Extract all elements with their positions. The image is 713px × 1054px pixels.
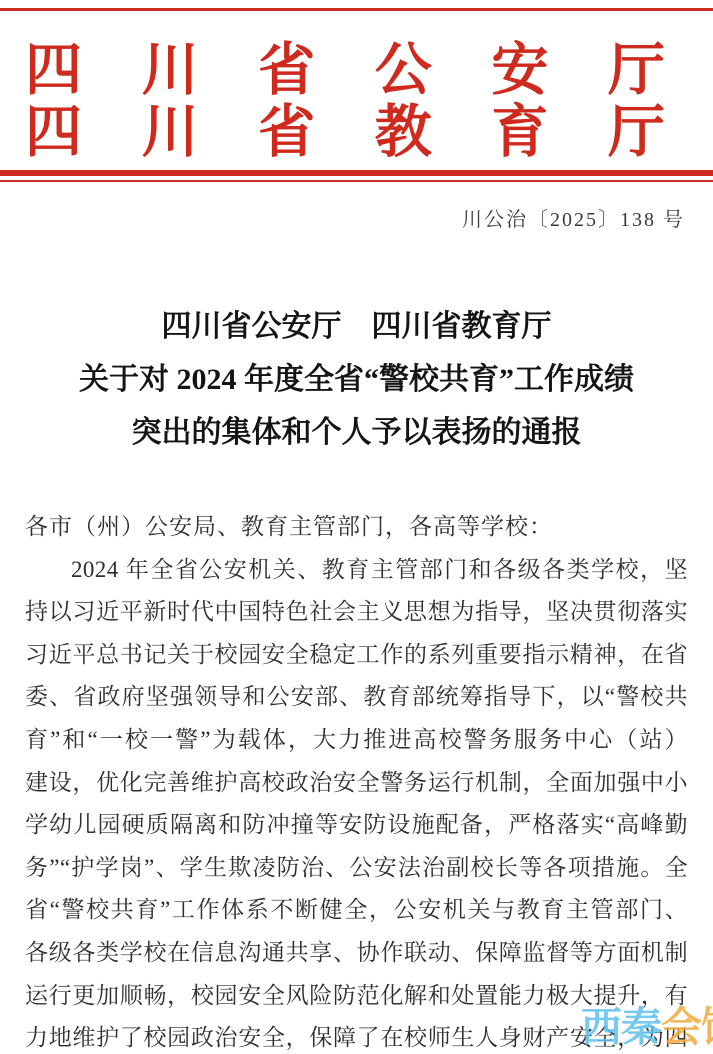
header-char: 川 — [142, 42, 199, 99]
header-char: 安 — [491, 42, 548, 99]
title-line-2: 关于对 2024 年度全省“警校共育”工作成绩 — [0, 353, 713, 406]
body-line: 省“警校共育”工作体系不断健全，公安机关与教育主管部门、 — [25, 889, 688, 932]
header-char: 四 — [25, 42, 82, 99]
body-line: 各市（州）公安局、教育主管部门，各高等学校： — [25, 506, 688, 549]
title-line-3: 突出的集体和个人予以表扬的通报 — [0, 406, 713, 459]
body-line: 各级各类学校在信息沟通共享、协作联动、保障监督等方面机制 — [25, 932, 688, 975]
header-line-2: 四川省教育厅 — [25, 104, 665, 161]
document-number: 川公治〔2025〕138 号 — [462, 203, 685, 232]
header-char: 厅 — [608, 104, 665, 161]
document-body: 各市（州）公安局、教育主管部门，各高等学校：2024 年全省公安机关、教育主管部… — [25, 506, 688, 1054]
header-char: 川 — [142, 104, 199, 161]
header-char: 四 — [25, 104, 82, 161]
header-char: 厅 — [608, 42, 665, 99]
header-char: 公 — [375, 42, 432, 99]
header-line-1: 四川省公安厅 — [25, 42, 665, 99]
body-line: 学幼儿园硬质隔离和防冲撞等安防设施配备，严格落实“高峰勤 — [25, 804, 688, 847]
body-line: 务”“护学岗”、学生欺凌防治、公安法治副校长等各项措施。全 — [25, 847, 688, 890]
body-line: 习近平总书记关于校园安全稳定工作的系列重要指示精神，在省 — [25, 634, 688, 677]
header-separator-thick-line — [0, 170, 713, 176]
site-watermark: 西秦会馆 — [581, 1005, 713, 1050]
watermark-text-blue: 西秦 — [581, 1004, 661, 1050]
header-char: 教 — [375, 104, 432, 161]
body-line: 建设，优化完善维护高校政治安全警务运行机制，全面加强中小 — [25, 762, 688, 805]
body-line: 持以习近平新时代中国特色社会主义思想为指导，坚决贯彻落实 — [25, 591, 688, 634]
header-separator-thin-line — [0, 180, 713, 182]
body-line: 2024 年全省公安机关、教育主管部门和各级各类学校，坚 — [25, 549, 688, 592]
body-line: 委、省政府坚强领导和公安部、教育部统筹指导下，以“警校共 — [25, 676, 688, 719]
header-char: 省 — [258, 42, 315, 99]
header-char: 省 — [258, 104, 315, 161]
watermark-text-orange: 会馆 — [661, 1004, 713, 1050]
header-char: 育 — [491, 104, 548, 161]
top-red-divider — [0, 8, 713, 11]
title-line-1: 四川省公安厅 四川省教育厅 — [0, 300, 713, 353]
body-line: 育”和“一校一警”为载体，大力推进高校警务服务中心（站） — [25, 719, 688, 762]
document-title: 四川省公安厅 四川省教育厅 关于对 2024 年度全省“警校共育”工作成绩 突出… — [0, 300, 713, 459]
official-document-page: 四川省公安厅 四川省教育厅 川公治〔2025〕138 号 四川省公安厅 四川省教… — [0, 0, 713, 1054]
